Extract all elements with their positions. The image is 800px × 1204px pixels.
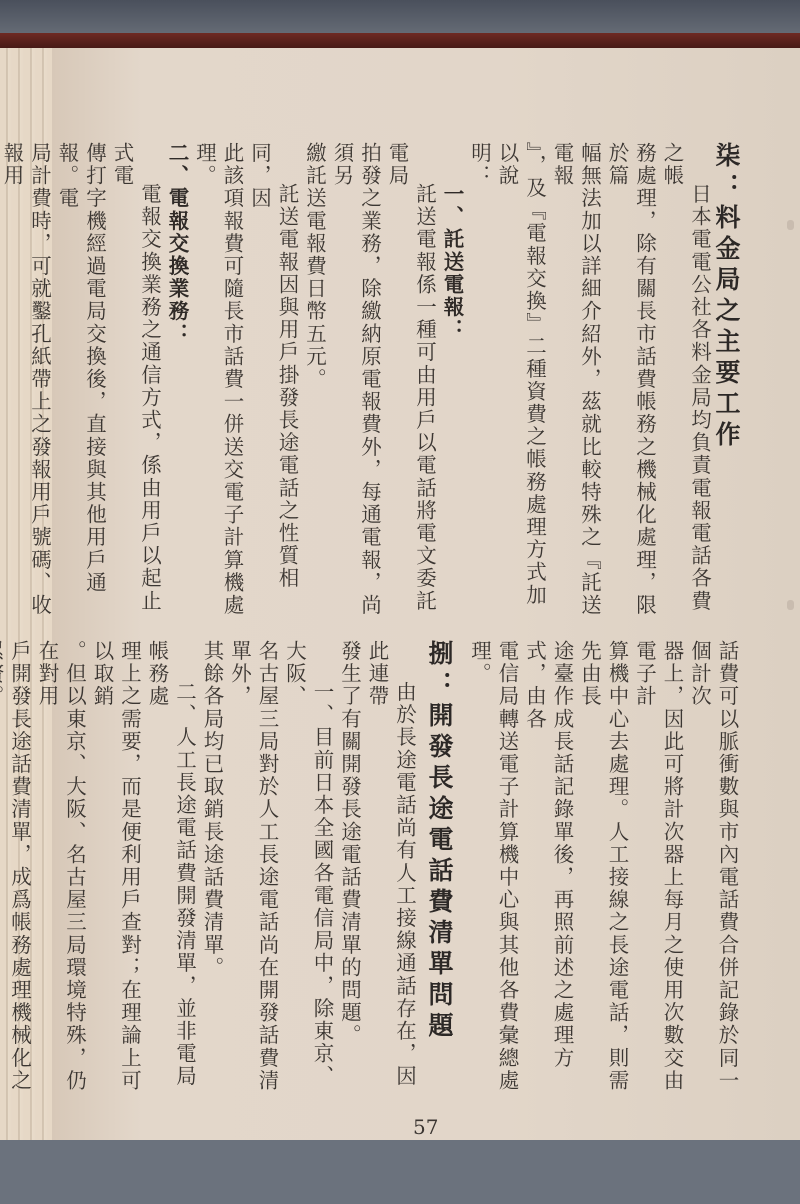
paragraph: 其餘各局均已取銷長途話費清單。 [198, 640, 226, 1100]
paragraph: 戶開發長途話費清單，成爲帳務處理機械化之累贅。 [0, 640, 33, 1100]
paragraph: 務處理，除有關長市話費帳務之機械化處理，限於篇 [603, 142, 658, 622]
paragraph: 名古屋三局對於人工長途電話尚在開發話費清單外， [225, 640, 280, 1100]
subheading-2: 二、電報交換業務： [163, 142, 191, 622]
paragraph: 二、人工長途電話費開發清單，並非電局帳務處 [143, 640, 198, 1100]
section-8-heading: 捌：開發長途電話費清單問題 [426, 640, 454, 1100]
paragraph: 日本電電公社各料金局均負責電報電話各費之帳 [658, 142, 713, 622]
paragraph: 。但以東京、大阪、名古屋三局環境特殊，仍在對用 [33, 640, 88, 1100]
paragraph: 由於長途電話尚有人工接線通話存在，因此連帶 [363, 640, 418, 1100]
page-mark [787, 600, 794, 610]
paragraph: 託送電報因與用戶掛發長途電話之性質相同，因 [245, 142, 300, 622]
paragraph: 局計費時，可就鑿孔紙帶上之發報用戶號碼、收報用 [0, 142, 53, 622]
section-8-block: 話費可以脈衝數與市內電話費合併記錄於同一個計次 器上，因此可將計次器上每月之使用… [0, 640, 740, 1100]
paragraph: 器上，因此可將計次器上每月之使用次數交由電子計 [630, 640, 685, 1100]
paragraph: 一、目前日本全國各電信局中，除東京、大阪、 [280, 640, 335, 1100]
paragraph: 理上之需要，而是便利用戶查對；在理論上可以取銷 [88, 640, 143, 1100]
section-7-heading: 柒：料金局之主要工作 [713, 142, 741, 622]
section-7-block: 柒：料金局之主要工作 日本電電公社各料金局均負責電報電話各費之帳 務處理，除有關… [0, 142, 740, 622]
paragraph: 繳託送電報費日幣五元。 [300, 142, 328, 622]
background-surface [0, 0, 800, 34]
paragraph: 電報交換業務之通信方式，係由用戶以起止式電 [108, 142, 163, 622]
paragraph: 』，及『電報交換』二種資費之帳務處理方式加以說 [493, 142, 548, 622]
subheading-1: 一、託送電報： [438, 142, 466, 622]
paragraph: 明： [465, 142, 493, 622]
paragraph: 此該項報費可隨長市話費一併送交電子計算機處理。 [190, 142, 245, 622]
paragraph: 電信局轉送電子計算機中心與其他各費彙總處理。 [465, 640, 520, 1100]
paragraph: 拍發之業務，除繳納原電報費外，每通電報，尚須另 [328, 142, 383, 622]
background-surface-bottom [0, 1140, 800, 1204]
paragraph: 話費可以脈衝數與市內電話費合併記錄於同一個計次 [685, 640, 740, 1100]
paragraph: 幅無法加以詳細介紹外，茲就比較特殊之『託送電報 [548, 142, 603, 622]
paragraph: 途臺作成長話記錄單後，再照前述之處理方式，由各 [520, 640, 575, 1100]
paragraph: 傳打字機經過電局交換後，直接與其他用戶通報。電 [53, 142, 108, 622]
paragraph: 託送電報係一種可由用戶以電話將電文委託電局 [383, 142, 438, 622]
page-mark [787, 220, 794, 230]
page-number: 57 [413, 1115, 438, 1139]
paragraph: 發生了有關開發長途電話費清單的問題。 [335, 640, 363, 1100]
paragraph: 算機中心去處理。人工接線之長途電話，則需先由長 [575, 640, 630, 1100]
